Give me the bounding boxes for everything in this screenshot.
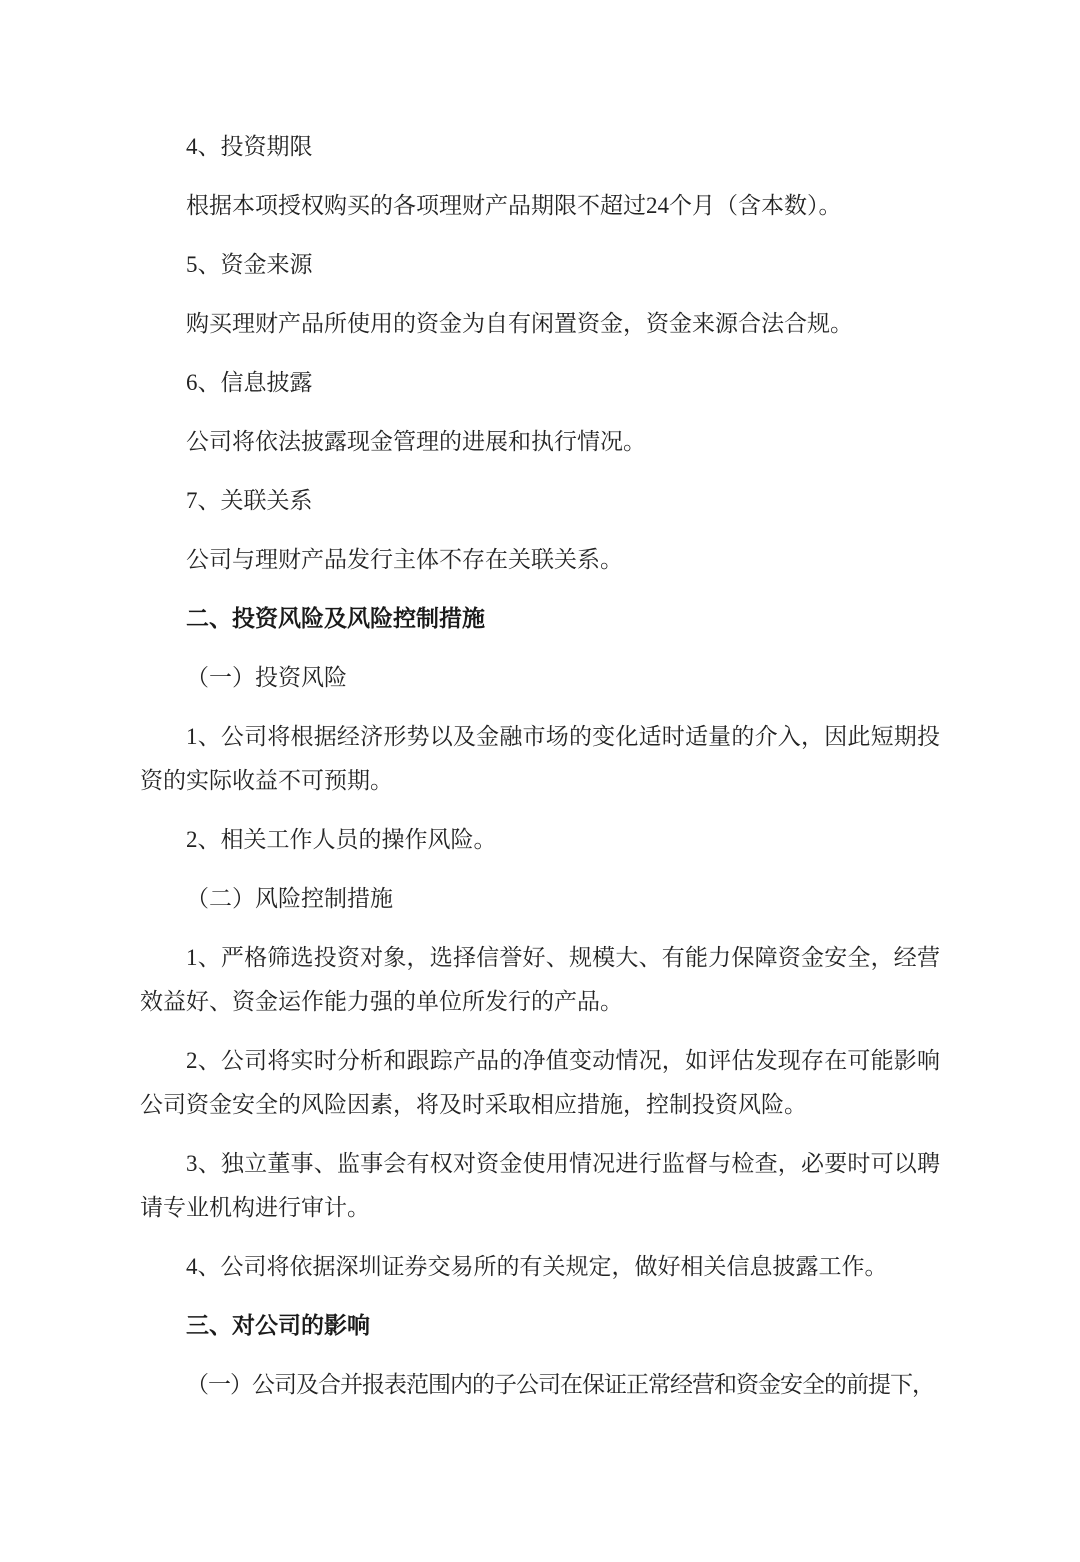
paragraph: 1、公司将根据经济形势以及金融市场的变化适时适量的介入，因此短期投资的实际收益不…: [140, 715, 940, 803]
section-heading: 三、对公司的影响: [140, 1304, 940, 1348]
paragraph: 6、信息披露: [140, 361, 940, 405]
paragraph: （一）投资风险: [140, 656, 940, 700]
document-body: 4、投资期限根据本项授权购买的各项理财产品期限不超过24个月（含本数）。5、资金…: [0, 0, 1080, 1407]
paragraph: 3、独立董事、监事会有权对资金使用情况进行监督与检查，必要时可以聘请专业机构进行…: [140, 1142, 940, 1230]
paragraph: 4、投资期限: [140, 125, 940, 169]
paragraph: （二）风险控制措施: [140, 877, 940, 921]
paragraph: 1、严格筛选投资对象，选择信誉好、规模大、有能力保障资金安全，经营效益好、资金运…: [140, 936, 940, 1024]
paragraph: 5、资金来源: [140, 243, 940, 287]
paragraph: 根据本项授权购买的各项理财产品期限不超过24个月（含本数）。: [140, 184, 940, 228]
paragraph: 2、公司将实时分析和跟踪产品的净值变动情况，如评估发现存在可能影响公司资金安全的…: [140, 1039, 940, 1127]
section-heading: 二、投资风险及风险控制措施: [140, 597, 940, 641]
paragraph: 公司将依法披露现金管理的进展和执行情况。: [140, 420, 940, 464]
document-page: 4、投资期限根据本项授权购买的各项理财产品期限不超过24个月（含本数）。5、资金…: [0, 0, 1080, 1562]
paragraph: （一）公司及合并报表范围内的子公司在保证正常经营和资金安全的前提下，: [140, 1363, 940, 1407]
paragraph: 购买理财产品所使用的资金为自有闲置资金，资金来源合法合规。: [140, 302, 940, 346]
paragraph: 公司与理财产品发行主体不存在关联关系。: [140, 538, 940, 582]
paragraph: 2、相关工作人员的操作风险。: [140, 818, 940, 862]
paragraph: 7、关联关系: [140, 479, 940, 523]
paragraph: 4、公司将依据深圳证券交易所的有关规定，做好相关信息披露工作。: [140, 1245, 940, 1289]
